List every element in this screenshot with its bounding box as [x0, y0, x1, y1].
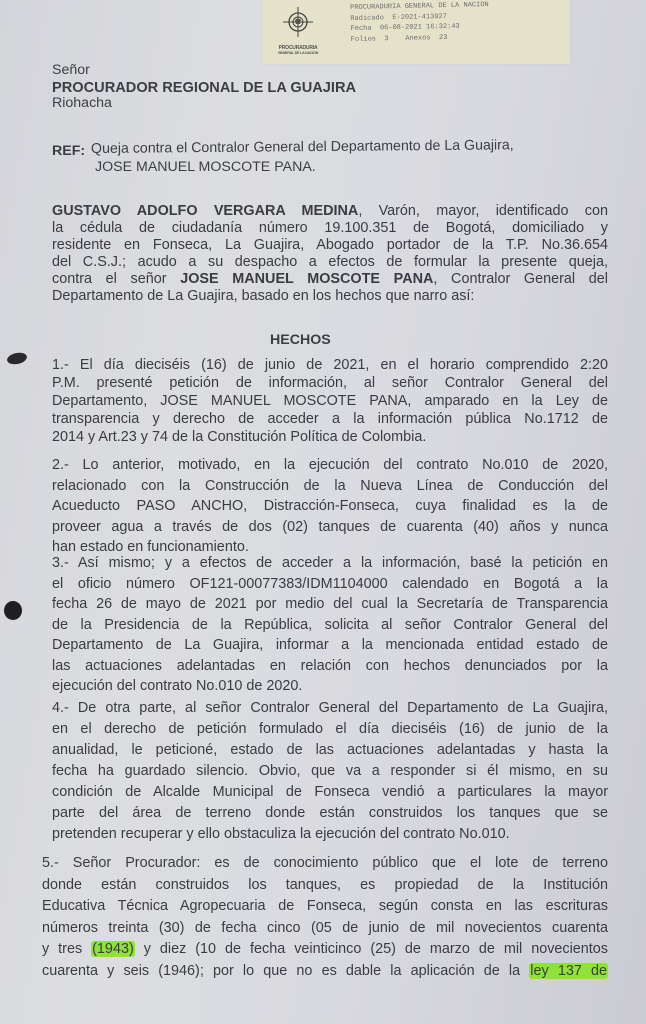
punch-hole-top [6, 351, 28, 366]
fact-2: 2.- Lo anterior, motivado, en la ejecuci… [52, 455, 608, 558]
text-line: donde están construidos los tanques, es … [42, 875, 608, 897]
text-line: residente en Fonseca, La Guajira, Abogad… [52, 237, 608, 254]
addressee-city: Riohacha [52, 95, 112, 111]
text-line: 2.- Lo anterior, motivado, en la ejecuci… [52, 455, 608, 476]
text-line: pretenden recuperar y ello obstaculiza l… [52, 824, 608, 845]
text-line: proveer agua a través de dos (02) tanque… [52, 517, 608, 538]
intro-paragraph: GUSTAVO ADOLFO VERGARA MEDINA, Varón, ma… [52, 203, 608, 305]
ref-label: REF: [52, 143, 85, 159]
scanned-document-page: PROCURADURIA GENERAL DE LA NACION PROCUR… [0, 0, 646, 1024]
fact-5: 5.- Señor Procurador: es de conocimiento… [42, 853, 608, 982]
text-line: Educativa Técnica Agropecuaria de Fonsec… [42, 896, 608, 918]
text-line: Departamento, JOSE MANUEL MOSCOTE PANA, … [52, 392, 608, 410]
text-line: relacionado con la Construcción de la Nu… [52, 476, 608, 497]
text-line: la cédula de ciudadanía número 19.100.35… [52, 220, 608, 237]
highlighted-text: ley 137 de [529, 963, 608, 979]
text-line: Acueducto PASO ANCHO, Distracción-Fonsec… [52, 496, 608, 517]
section-title: HECHOS [270, 332, 331, 348]
fact-1: 1.- El día dieciséis (16) de junio de 20… [52, 356, 608, 446]
fact-4: 4.- De otra parte, al señor Contralor Ge… [52, 698, 608, 845]
text-line: las actuaciones adelantadas en relación … [52, 656, 608, 677]
text-line: transparencia y derecho de acceder a la … [52, 410, 608, 428]
ref-line-2: JOSE MANUEL MOSCOTE PANA. [95, 159, 316, 175]
text-line: el oficio número OF121-00077383/IDM11040… [52, 574, 608, 595]
fact-3: 3.- Así mismo; y a efectos de acceder a … [52, 553, 608, 697]
text-line: cuarenta y seis (1946); por lo que no es… [42, 961, 608, 983]
text-line: 1.- El día dieciséis (16) de junio de 20… [52, 356, 608, 374]
procuraduria-logo: PROCURADURIA GENERAL DE LA NACION [272, 6, 324, 60]
ref-line-1: Queja contra el Contralor General del De… [91, 137, 514, 157]
bold-name: JOSE MANUEL MOSCOTE PANA [180, 271, 433, 287]
text-line: de la Presidencia de la República, solic… [52, 615, 608, 636]
text-line: números treinta (30) de fecha cinco (05 … [42, 918, 608, 940]
text-line: en el derecho de petición formulado el d… [52, 719, 608, 740]
salutation: Señor [52, 62, 90, 78]
stamp-details: PROCURADURIA GENERAL DE LA NACION Radica… [350, 0, 489, 45]
text-line: contra el señor JOSE MANUEL MOSCOTE PANA… [52, 271, 608, 288]
highlighted-text: (1943) [91, 941, 135, 957]
seal-icon [280, 6, 316, 42]
addressee-title: PROCURADOR REGIONAL DE LA GUAJIRA [52, 80, 356, 96]
text-line: parte del área de terreno donde están co… [52, 803, 608, 824]
stamp-folios: Folios 3 Anexos 23 [351, 32, 490, 45]
text-line: condición de Alcalde Municipal de Fonsec… [52, 782, 608, 803]
text-line: Departamento de La Guajira, informar a l… [52, 635, 608, 656]
text-line: 2014 y Art.23 y 74 de la Constitución Po… [52, 428, 608, 446]
text-line: 5.- Señor Procurador: es de conocimiento… [42, 853, 608, 875]
filing-stamp: PROCURADURIA GENERAL DE LA NACION PROCUR… [262, 0, 570, 64]
logo-text-2: GENERAL DE LA NACION [276, 51, 320, 56]
bold-name: GUSTAVO ADOLFO VERGARA MEDINA [52, 203, 358, 219]
text-line: y tres (1943) y diez (10 de fecha veinti… [42, 939, 608, 961]
text-line: 3.- Así mismo; y a efectos de acceder a … [52, 553, 608, 574]
text-line: GUSTAVO ADOLFO VERGARA MEDINA, Varón, ma… [52, 203, 608, 220]
text-line: anualidad, le peticioné, estado de las a… [52, 740, 608, 761]
text-line: 4.- De otra parte, al señor Contralor Ge… [52, 698, 608, 719]
text-line: fecha 26 de mayo de 2021 por medio del c… [52, 594, 608, 615]
text-line: P.M. presenté petición de información, a… [52, 374, 608, 392]
text-line: del C.S.J.; acudo a su despacho a efecto… [52, 254, 608, 271]
text-line: fecha ha guardado silencio. Obvio, que v… [52, 761, 608, 782]
text-line: ejecución del contrato No.010 de 2020. [52, 676, 608, 697]
punch-hole-bottom [4, 601, 22, 620]
text-line: Departamento de La Guajira, basado en lo… [52, 288, 608, 305]
